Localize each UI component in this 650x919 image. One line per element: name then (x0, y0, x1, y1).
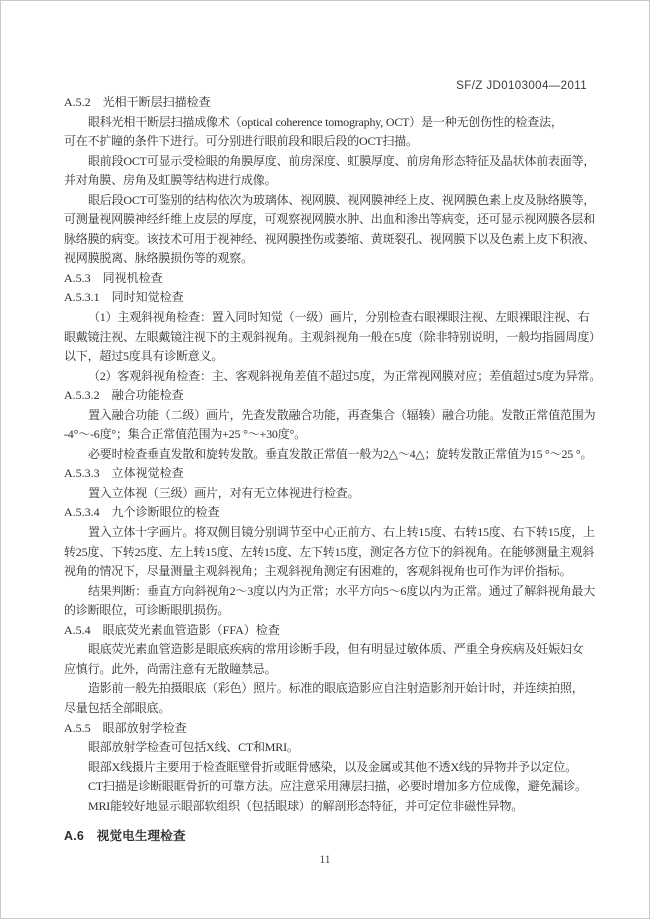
text-line: 可测量视网膜神经纤维上皮层的厚度，可观察视网膜水肿、出血和渗出等病变，还可显示视… (64, 210, 591, 230)
section-heading: A.5.3 同视机检查 (64, 269, 591, 289)
text-line: 眼部X线摄片主要用于检查眶壁骨折或眶骨感染，以及金属或其他不透X线的异物并予以定… (64, 758, 591, 778)
text-line: 结果判断：垂直方向斜视角2～3度以内为正常；水平方向5～6度以内为正常。通过了解… (64, 582, 591, 602)
text-line: 置入融合功能（二级）画片，先查发散融合功能，再查集合（辐辏）融合功能。发散正常值… (64, 406, 591, 426)
section-heading: A.5.3.1 同时知觉检查 (64, 288, 591, 308)
text-line: 应慎行。此外，尚需注意有无散瞳禁忌。 (64, 660, 591, 680)
text-line: 脉络膜的病变。该技术可用于视神经、视网膜挫伤或萎缩、黄斑裂孔、视网膜下以及色素上… (64, 230, 591, 250)
text-line: 的诊断眼位，可诊断眼肌损伤。 (64, 601, 591, 621)
page-number: 11 (1, 854, 649, 866)
text-line: 造影前一般先拍摄眼底（彩色）照片。标准的眼底造影应自注射造影剂开始计时，并连续拍… (64, 679, 591, 699)
text-line: 置入立体视（三级）画片，对有无立体视进行检查。 (64, 484, 591, 504)
text-line: 可在不扩瞳的条件下进行。可分别进行眼前段和眼后段的OCT扫描。 (64, 132, 591, 152)
text-line: （1）主观斜视角检查：置入同时知觉（一级）画片，分别检查右眼裸眼注视、左眼裸眼注… (64, 308, 591, 328)
text-line: （2）客观斜视角检查：主、客观斜视角差值不超过5度，为正常视网膜对应；差值超过5… (64, 367, 591, 387)
text-line: 眼前段OCT可显示受检眼的角膜厚度、前房深度、虹膜厚度、前房角形态特征及晶状体前… (64, 152, 591, 172)
text-line: 置入立体十字画片。将双侧目镜分别调节至中心正前方、右上转15度、右转15度、右下… (64, 523, 591, 543)
text-line: 眼部放射学检查可包括X线、CT和MRI。 (64, 738, 591, 758)
section-heading: A.5.4 眼底荧光素血管造影（FFA）检查 (64, 621, 591, 641)
text-line: -4°～-6度°；集合正常值范围为+25 °～+30度°。 (64, 425, 591, 445)
text-line: 并对角膜、房角及虹膜等结构进行成像。 (64, 171, 591, 191)
section-heading: A.5.2 光相干断层扫描检查 (64, 93, 591, 113)
text-line: 眼戴镜注视、左眼戴镜注视下的主观斜视角。主观斜视角一般在5度（除非特别说明，一般… (64, 328, 591, 348)
text-line: 视网膜脱离、脉络膜损伤等的观察。 (64, 249, 591, 269)
document-body: A.5.2 光相干断层扫描检查眼科光相干断层扫描成像术（optical cohe… (64, 93, 591, 847)
text-line: 眼科光相干断层扫描成像术（optical coherence tomograph… (64, 113, 591, 133)
section-heading: A.5.3.2 融合功能检查 (64, 386, 591, 406)
section-heading: A.5.3.4 九个诊断眼位的检查 (64, 503, 591, 523)
text-line: CT扫描是诊断眼眶骨折的可靠方法。应注意采用薄层扫描，必要时增加多方位成像，避免… (64, 777, 591, 797)
text-line: 必要时检查垂直发散和旋转发散。垂直发散正常值一般为2△～4△；旋转发散正常值为1… (64, 445, 591, 465)
standard-code-header: SF/Z JD0103004—2011 (456, 80, 587, 92)
text-line: 眼底荧光素血管造影是眼底疾病的常用诊断手段，但有明显过敏体质、严重全身疾病及妊娠… (64, 640, 591, 660)
text-line: 尽量包括全部眼底。 (64, 699, 591, 719)
section-heading: A.5.5 眼部放射学检查 (64, 719, 591, 739)
document-page: SF/Z JD0103004—2011 A.5.2 光相干断层扫描检查眼科光相干… (0, 0, 650, 919)
section-heading: A.5.3.3 立体视觉检查 (64, 464, 591, 484)
text-line: MRI能较好地显示眼部软组织（包括眼球）的解剖形态特征，并可定位非磁性异物。 (64, 797, 591, 817)
section-heading: A.6 视觉电生理检查 (64, 827, 591, 847)
text-line: 视角的情况下，尽量测量主观斜视角；主观斜视角测定有困难的，客观斜视角也可作为评价… (64, 562, 591, 582)
text-line: 转25度、下转25度、左上转15度、左转15度、左下转15度，测定各方位下的斜视… (64, 543, 591, 563)
text-line: 以下，超过5度具有诊断意义。 (64, 347, 591, 367)
text-line: 眼后段OCT可鉴别的结构依次为玻璃体、视网膜、视网膜神经上皮、视网膜色素上皮及脉… (64, 191, 591, 211)
